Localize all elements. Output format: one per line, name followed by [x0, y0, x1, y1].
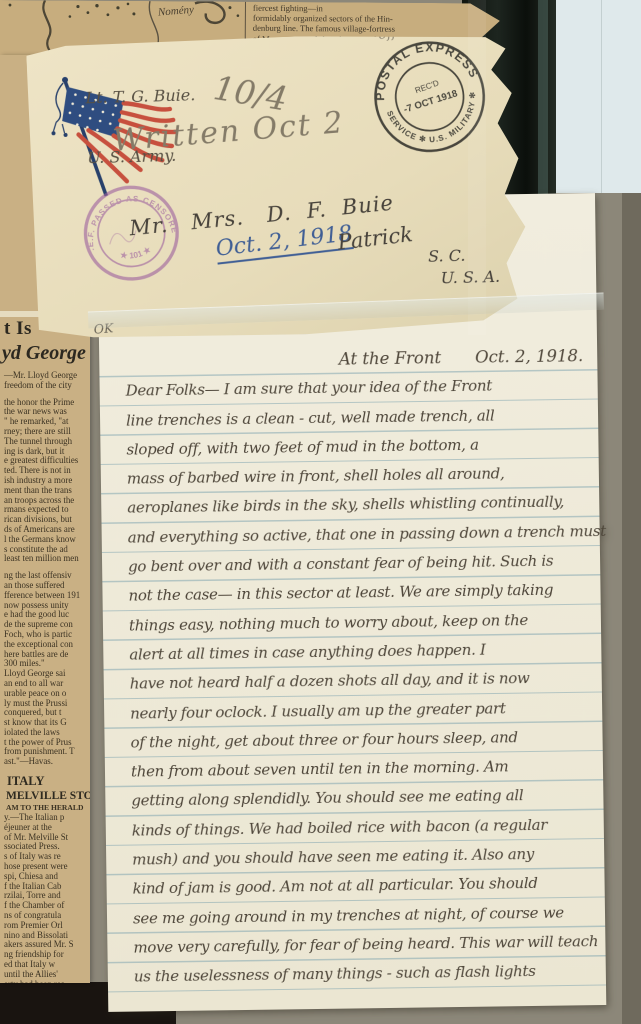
- plastic-sleeve-glare: [468, 0, 486, 335]
- newspaper-subhead: MELVILLE STO: [4, 789, 89, 803]
- letter-date: Oct. 2, 1918.: [475, 341, 584, 372]
- letter-body: At the Front Oct. 2, 1918. Dear Folks— I…: [99, 341, 606, 1003]
- newspaper-column: —Mr. Lloyd Georgefreedom of the city the…: [0, 366, 90, 983]
- scanner-background: [548, 0, 641, 193]
- letter-lines: Dear Folks— I am sure that your idea of …: [99, 370, 606, 992]
- censor-number: ★ 101 ★: [117, 243, 154, 263]
- newspaper-headline: yd George: [0, 340, 90, 366]
- background-seam: [601, 0, 602, 193]
- newspaper-line: freedom of the city: [4, 381, 89, 391]
- album-mat-edge: [622, 193, 641, 1024]
- newspaper-line: least ten million men: [4, 554, 89, 564]
- svg-text:★ 101 ★: ★ 101 ★: [117, 243, 154, 263]
- newspaper-line: erty had been rea: [4, 980, 89, 983]
- letter-line: us the uselessness of many things - such…: [108, 956, 606, 992]
- photo-wwi-letter-and-envelope: Nomény fiercest fighting—informidably or…: [0, 0, 641, 1024]
- address-state: S. C.: [428, 246, 466, 266]
- postmark-date: -7 OCT 1918: [402, 88, 459, 116]
- newspaper-line: ast."—Havas.: [4, 757, 89, 767]
- return-address-line: Lt. T. G. Buie.: [85, 85, 195, 108]
- envelope: Lt. T. G. Buie. U. S. Army. 10/4 Written…: [26, 30, 528, 342]
- newspaper-subhead: ITALY: [4, 774, 89, 789]
- postmark-recd: REC'D: [414, 78, 440, 95]
- letter-place: At the Front: [339, 343, 442, 374]
